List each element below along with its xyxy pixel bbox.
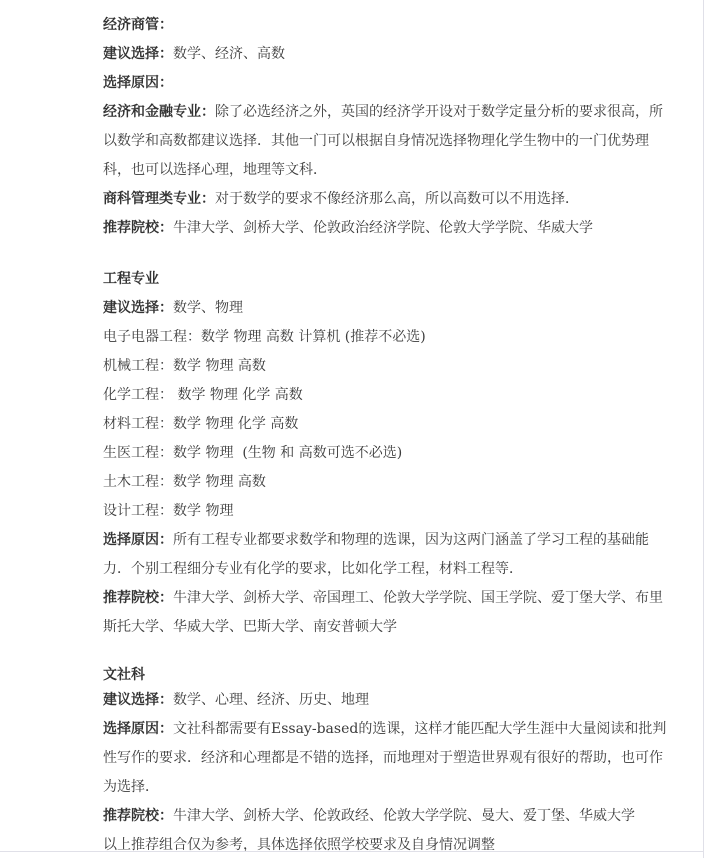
- field-value: 数学 物理 高数 计算机 (推荐不必选): [201, 329, 426, 345]
- right-border-line: [703, 0, 704, 858]
- paragraph: 生医工程：数学 物理 (生物 和 高数可选不必选): [103, 439, 669, 468]
- field-label: 推荐院校：: [103, 220, 173, 236]
- field-label: 经济和金融专业：: [103, 104, 215, 120]
- paragraph: 以上推荐组合仅为参考，具体选择依照学校要求及自身情况调整: [103, 831, 669, 858]
- paragraph: 建议选择：数学、物理: [103, 294, 669, 323]
- field-value: 对于数学的要求不像经济那么高，所以高数可以不用选择．: [215, 191, 579, 207]
- paragraph: 建议选择：数学、心理、经济、历史、地理: [103, 686, 669, 715]
- field-label: 建议选择：: [103, 46, 173, 62]
- field-label: 选择原因：: [103, 532, 173, 548]
- paragraph: 推荐院校：牛津大学、剑桥大学、帝国理工、伦敦大学学院、国王学院、爱丁堡大学、布里…: [103, 584, 669, 642]
- field-label: 建议选择：: [103, 692, 173, 708]
- field-value: 数学 物理 化学 高数: [173, 387, 303, 403]
- field-value: 电子电器工程：: [103, 329, 201, 345]
- field-value: 土木工程：: [103, 474, 173, 490]
- paragraph: 材料工程：数学 物理 化学 高数: [103, 410, 669, 439]
- paragraph: 推荐院校：牛津大学、剑桥大学、伦敦政经、伦敦大学学院、曼大、爱丁堡、华威大学: [103, 802, 669, 831]
- field-label: 商科管理类专业：: [103, 191, 215, 207]
- paragraph: 工程专业: [103, 265, 669, 294]
- field-value: 数学 物理 (生物 和 高数可选不必选): [173, 445, 402, 461]
- field-label: 工程专业: [103, 271, 159, 287]
- paragraph: 商科管理类专业：对于数学的要求不像经济那么高，所以高数可以不用选择．: [103, 185, 669, 214]
- paragraph: 经济和金融专业：除了必选经济之外，英国的经济学开设对于数学定量分析的要求很高，所…: [103, 98, 669, 185]
- field-value: 数学、物理: [173, 300, 243, 316]
- paragraph: 建议选择：数学、经济、高数: [103, 40, 669, 69]
- field-value: 数学、经济、高数: [173, 46, 285, 62]
- field-label: 选择原因：: [103, 721, 173, 737]
- field-value: 牛津大学、剑桥大学、帝国理工、伦敦大学学院、国王学院、爱丁堡大学、布里斯托大学、…: [103, 590, 663, 635]
- field-value: 机械工程：: [103, 358, 173, 374]
- section-economics-business: 经济商管：建议选择：数学、经济、高数选择原因：经济和金融专业：除了必选经济之外，…: [103, 11, 669, 243]
- field-label: 推荐院校：: [103, 808, 173, 824]
- paragraph: 电子电器工程：数学 物理 高数 计算机 (推荐不必选): [103, 323, 669, 352]
- field-value: 数学 物理: [173, 503, 233, 519]
- field-value: 生医工程：: [103, 445, 173, 461]
- field-value: 所有工程专业都要求数学和物理的选课，因为这两门涵盖了学习工程的基础能力．个别工程…: [103, 532, 649, 577]
- field-value: 数学 物理 高数: [173, 358, 266, 374]
- field-value: 数学 物理 高数: [173, 474, 266, 490]
- bottom-border-line: [0, 851, 704, 852]
- field-label: 经济商管：: [103, 17, 173, 33]
- paragraph: 选择原因：文社科都需要有Essay-based的选课，这样才能匹配大学生涯中大量…: [103, 715, 669, 802]
- paragraph: 化学工程： 数学 物理 化学 高数: [103, 381, 669, 410]
- paragraph: 机械工程：数学 物理 高数: [103, 352, 669, 381]
- paragraph: 设计工程：数学 物理: [103, 497, 669, 526]
- paragraph: 经济商管：: [103, 11, 669, 40]
- field-label: 文社科: [103, 667, 145, 683]
- field-value: 设计工程：: [103, 503, 173, 519]
- field-value: 文社科都需要有Essay-based的选课，这样才能匹配大学生涯中大量阅读和批判…: [103, 721, 666, 795]
- field-value: 牛津大学、剑桥大学、伦敦政经、伦敦大学学院、曼大、爱丁堡、华威大学: [173, 808, 635, 824]
- paragraph: 推荐院校：牛津大学、剑桥大学、伦敦政治经济学院、伦敦大学学院、华威大学: [103, 214, 669, 243]
- paragraph: 土木工程：数学 物理 高数: [103, 468, 669, 497]
- section-humanities-social: 文社科建议选择：数学、心理、经济、历史、地理选择原因：文社科都需要有Essay-…: [103, 664, 669, 858]
- field-value: 材料工程：: [103, 416, 173, 432]
- paragraph: 文社科: [103, 664, 669, 686]
- field-value: 数学、心理、经济、历史、地理: [173, 692, 369, 708]
- section-engineering: 工程专业建议选择：数学、物理电子电器工程：数学 物理 高数 计算机 (推荐不必选…: [103, 265, 669, 642]
- field-label: 建议选择：: [103, 300, 173, 316]
- paragraph: 选择原因：: [103, 69, 669, 98]
- paragraph: 选择原因：所有工程专业都要求数学和物理的选课，因为这两门涵盖了学习工程的基础能力…: [103, 526, 669, 584]
- field-label: 选择原因：: [103, 75, 173, 91]
- field-value: 化学工程：: [103, 387, 173, 403]
- document-body: 经济商管：建议选择：数学、经济、高数选择原因：经济和金融专业：除了必选经济之外，…: [103, 11, 669, 858]
- field-value: 牛津大学、剑桥大学、伦敦政治经济学院、伦敦大学学院、华威大学: [173, 220, 593, 236]
- document-page: 经济商管：建议选择：数学、经济、高数选择原因：经济和金融专业：除了必选经济之外，…: [0, 0, 720, 858]
- field-label: 推荐院校：: [103, 590, 173, 606]
- field-value: 数学 物理 化学 高数: [173, 416, 298, 432]
